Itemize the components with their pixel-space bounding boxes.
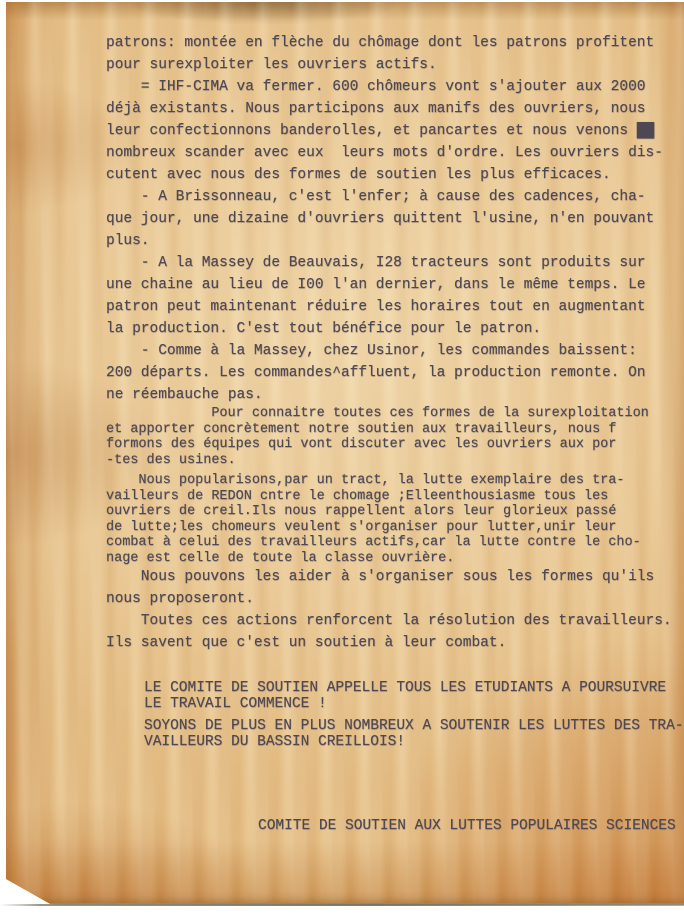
text-line: et apporter concrètement notre soutien a…: [106, 422, 681, 438]
text-line: nage est celle de toute la classe ouvriè…: [106, 551, 681, 567]
text-line: formons des équipes qui vont discuter av…: [106, 437, 681, 453]
text-line: cutent avec nous des formes de soutien l…: [106, 164, 681, 186]
text-line: combat à celui des travailleurs actifs,c…: [106, 535, 681, 551]
text-line: 200 départs. Les commandes^affluent, la …: [106, 362, 681, 384]
text-line: - Comme à la Massey, chez Usinor, les co…: [106, 340, 681, 362]
text-line: VAILLEURS DU BASSIN CREILLOIS!: [144, 734, 681, 750]
text-line: COMITE DE SOUTIEN AUX LUTTES POPULAIRES …: [258, 815, 681, 837]
text-line: une chaine au lieu de I00 l'an dernier, …: [106, 274, 681, 296]
text-line: patrons: montée en flèche du chômage don…: [106, 32, 681, 54]
text-line: = IHF-CIMA va fermer. 600 chômeurs vont …: [106, 76, 681, 98]
text-line: Toutes ces actions renforcent la résolut…: [106, 610, 681, 632]
text-line: Pour connaitre toutes ces formes de la s…: [106, 406, 681, 422]
text-line: que jour, une dizaine d'ouvriers quitten…: [106, 208, 681, 230]
text-line: SOYONS DE PLUS EN PLUS NOMBREUX A SOUTEN…: [144, 718, 681, 734]
text-line: nous proposeront.: [106, 588, 681, 610]
text-line: de lutte;les chomeurs veulent s'organise…: [106, 520, 681, 536]
text-line: patron peut maintenant réduire les horai…: [106, 296, 681, 318]
text-line: plus.: [106, 230, 681, 252]
text-line: nombreux scander avec eux leurs mots d'o…: [106, 142, 681, 164]
text-line: pour surexploiter les ouvriers actifs.: [106, 54, 681, 76]
text-line: -tes des usines.: [106, 453, 681, 469]
text-line: - A la Massey de Beauvais, I28 tracteurs…: [106, 252, 681, 274]
text-line: LE COMITE DE SOUTIEN APPELLE TOUS LES ET…: [144, 680, 681, 696]
paper-bottom-edge-shadow: [0, 904, 684, 906]
text-line: leur confectionnons banderolles, et panc…: [106, 120, 681, 142]
text-line: ne réembauche pas.: [106, 384, 681, 406]
scanned-document-page: patrons: montée en flèche du chômage don…: [6, 2, 684, 905]
typewritten-text-block: patrons: montée en flèche du chômage don…: [106, 32, 681, 837]
text-line: Ils savent que c'est un soutien à leur c…: [106, 632, 681, 654]
text-line: ouvriers de creil.Ils nous rappellent al…: [106, 504, 681, 520]
text-line: vailleurs de REDON cntre le chomage ;Ell…: [106, 489, 681, 505]
text-line: déjà existants. Nous participons aux man…: [106, 98, 681, 120]
text-line: la production. C'est tout bénéfice pour …: [106, 318, 681, 340]
text-line: LE TRAVAIL COMMENCE !: [144, 696, 681, 712]
text-line: Nous popularisons,par un tract, la lutte…: [106, 473, 681, 489]
text-line: Nous pouvons les aider à s'organiser sou…: [106, 566, 681, 588]
text-line: - A Brissonneau, c'est l'enfer; à cause …: [106, 186, 681, 208]
